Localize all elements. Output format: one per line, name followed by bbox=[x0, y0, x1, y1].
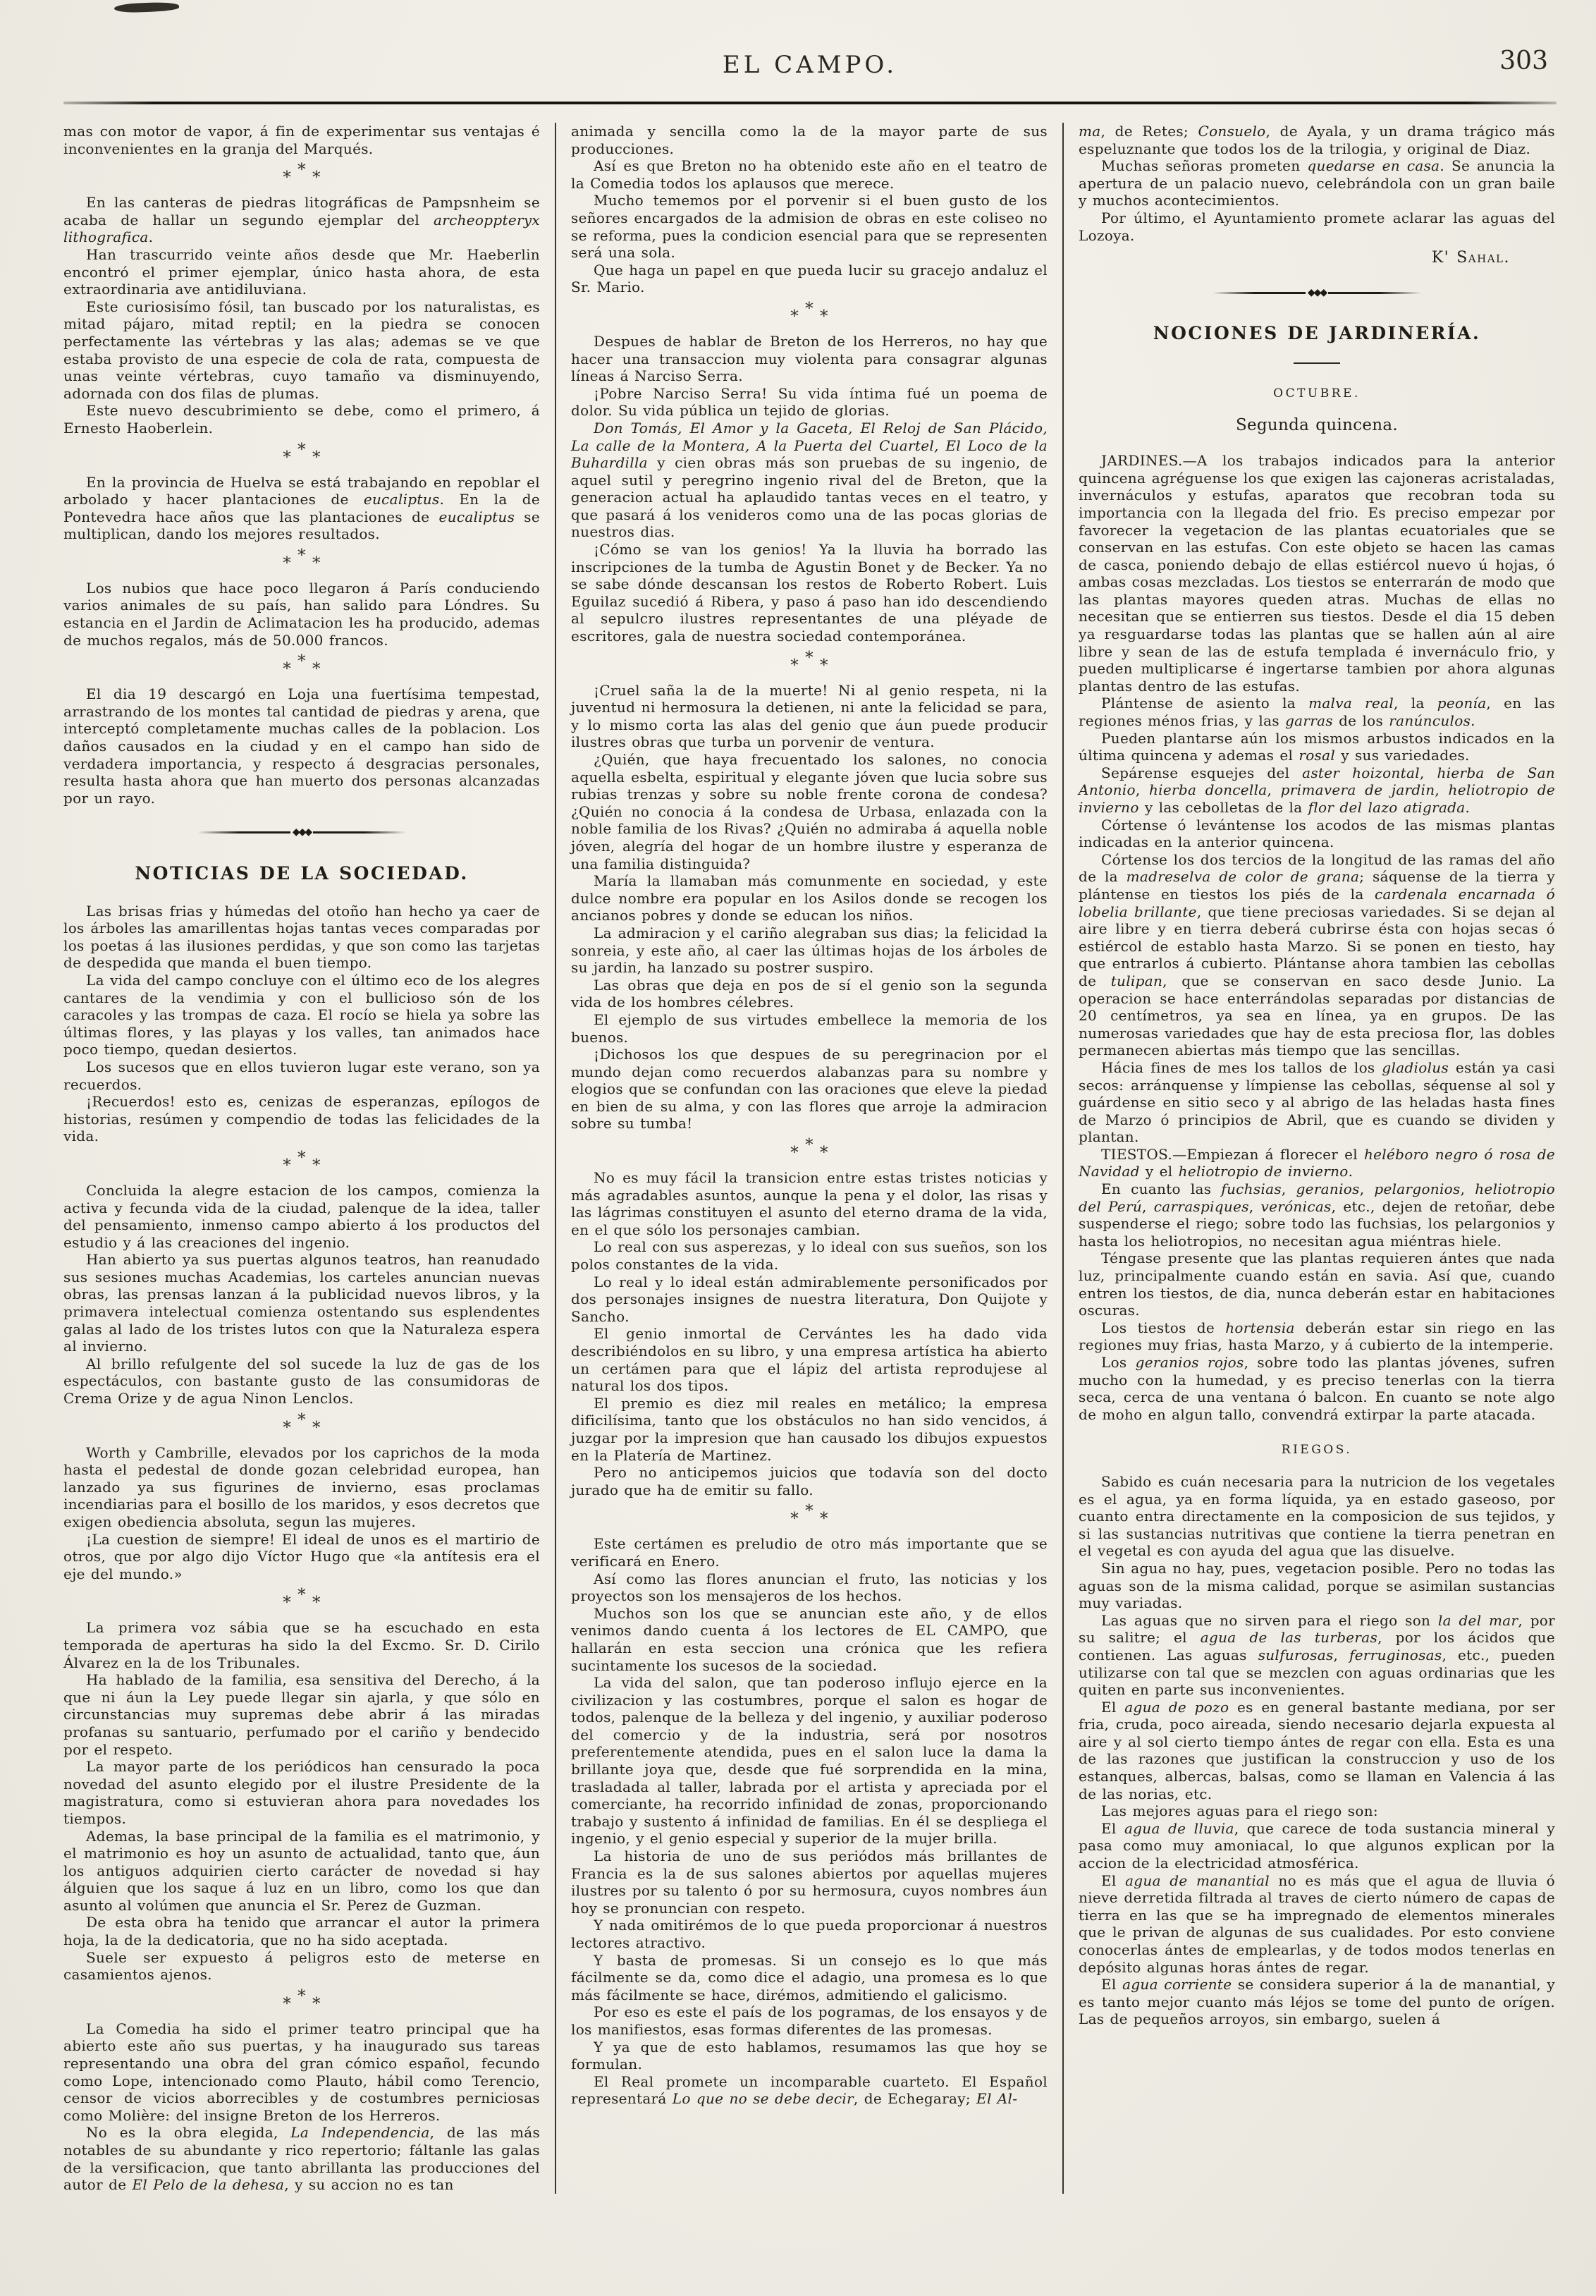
paragraph: Este nuevo descubrimiento se debe, como … bbox=[63, 402, 540, 436]
page-number: 303 bbox=[1499, 47, 1548, 75]
header-rule bbox=[63, 102, 1557, 104]
paragraph: Sin agua no hay, pues, vegetacion posibl… bbox=[1079, 1560, 1555, 1612]
asterisk-glyph: * bbox=[790, 662, 799, 670]
asterisk-glyph: * bbox=[283, 1599, 291, 1607]
paragraph: La primera voz sábia que se ha escuchado… bbox=[63, 1619, 540, 1671]
paragraph: No es muy fácil la transicion entre esta… bbox=[571, 1169, 1048, 1238]
paragraph: Lo real y lo ideal están admirablemente … bbox=[571, 1274, 1048, 1326]
ornament-line bbox=[313, 831, 406, 833]
asterisk-glyph: * bbox=[312, 666, 321, 673]
asterisk-glyph: * bbox=[63, 166, 540, 174]
asterism-divider: *** bbox=[63, 1154, 540, 1170]
asterisk-glyph: * bbox=[283, 1162, 291, 1170]
asterism-divider: *** bbox=[63, 1417, 540, 1432]
paragraph: ¿Quién, que haya frecuentado los salones… bbox=[571, 751, 1048, 872]
paragraph: ¡Cómo se van los genios! Ya la lluvia ha… bbox=[571, 541, 1048, 645]
paragraph: Muchos son los que se anuncian este año,… bbox=[571, 1605, 1048, 1674]
asterisk-glyph: * bbox=[283, 454, 291, 462]
paragraph: María la llamaban más comunmente en soci… bbox=[571, 872, 1048, 924]
section-label: OCTUBRE. bbox=[1079, 385, 1555, 403]
asterisk-glyph: * bbox=[571, 1142, 1048, 1149]
paragraph: Las mejores aguas para el riego son: bbox=[1079, 1802, 1555, 1820]
paragraph: Este certámen es preludio de otro más im… bbox=[571, 1535, 1048, 1570]
paragraph: Plántense de asiento la malva real, la p… bbox=[1079, 695, 1555, 729]
asterisk-glyph: * bbox=[312, 1424, 321, 1432]
paragraph: Por eso es este el país de los pogramas,… bbox=[571, 2003, 1048, 2038]
paragraph: Córtense ó levántense los acodos de las … bbox=[1079, 817, 1555, 851]
diamond-ornament-icon: ◆◆◆ bbox=[293, 824, 311, 841]
paragraph: Han trascurrido veinte años desde que Mr… bbox=[63, 246, 540, 298]
column-separator bbox=[1062, 123, 1064, 2194]
ornament-line bbox=[1328, 292, 1421, 294]
paragraph: En la provincia de Huelva se está trabaj… bbox=[63, 474, 540, 543]
column-separator bbox=[555, 123, 556, 2194]
asterisk-glyph: * bbox=[820, 1515, 828, 1523]
paragraph: Concluida la alegre estacion de los camp… bbox=[63, 1182, 540, 1251]
asterism-divider: *** bbox=[63, 552, 540, 568]
paragraph: Así es que Breton no ha obtenido este añ… bbox=[571, 157, 1048, 192]
section-label: RIEGOS. bbox=[1079, 1441, 1555, 1459]
ornament-line bbox=[197, 831, 290, 833]
paragraph: Muchas señoras prometen quedarse en casa… bbox=[1079, 157, 1555, 209]
column-3: ma, de Retes; Consuelo, de Ayala, y un d… bbox=[1079, 123, 1555, 2194]
section-rule bbox=[1294, 362, 1340, 364]
paragraph: ¡Dichosos los que despues de su peregrin… bbox=[571, 1046, 1048, 1132]
paragraph: Las brisas frias y húmedas del otoño han… bbox=[63, 903, 540, 972]
asterisk-glyph: * bbox=[790, 1149, 799, 1157]
paragraph: En cuanto las fuchsias, geranios, pelarg… bbox=[1079, 1180, 1555, 1250]
article-heading: NOTICIAS DE LA SOCIEDAD. bbox=[63, 865, 540, 883]
paragraph: Córtense los dos tercios de la longitud … bbox=[1079, 851, 1555, 1059]
paragraph: JARDINES.—A los trabajos indicados para … bbox=[1079, 452, 1555, 695]
paragraph: Este curiosisímo fósil, tan buscado por … bbox=[63, 298, 540, 403]
newspaper-page: EL CAMPO. 303 mas con motor de vapor, á … bbox=[0, 0, 1596, 2296]
column-2: animada y sencilla como la de la mayor p… bbox=[571, 123, 1048, 2194]
paragraph: Despues de hablar de Breton de los Herre… bbox=[571, 333, 1048, 385]
asterisk-glyph: * bbox=[312, 2001, 321, 2008]
paragraph: Los geranios rojos, sobre todo las plant… bbox=[1079, 1354, 1555, 1423]
asterisk-glyph: * bbox=[571, 305, 1048, 313]
asterisk-glyph: * bbox=[820, 662, 828, 670]
asterism-divider: *** bbox=[63, 1993, 540, 2008]
asterisk-glyph: * bbox=[820, 313, 828, 321]
paragraph: El premio es diez mil reales en metálico… bbox=[571, 1395, 1048, 1464]
paragraph: El dia 19 descargó en Loja una fuertísim… bbox=[63, 685, 540, 807]
paragraph: Han abierto ya sus puertas algunos teatr… bbox=[63, 1251, 540, 1355]
asterisk-glyph: * bbox=[312, 1599, 321, 1607]
paragraph: ¡Recuerdos! esto es, cenizas de esperanz… bbox=[63, 1093, 540, 1145]
asterism-divider: *** bbox=[63, 1592, 540, 1607]
paragraph: Hácia fines de mes los tallos de los gla… bbox=[1079, 1059, 1555, 1146]
paragraph: Pueden plantarse aún los mismos arbustos… bbox=[1079, 730, 1555, 764]
paragraph: Así como las flores anuncian el fruto, l… bbox=[571, 1570, 1048, 1605]
paragraph: Al brillo refulgente del sol sucede la l… bbox=[63, 1355, 540, 1407]
asterisk-glyph: * bbox=[790, 313, 799, 321]
scan-artifact bbox=[114, 1, 179, 13]
ornament-line bbox=[1213, 292, 1306, 294]
asterisk-glyph: * bbox=[820, 1149, 828, 1157]
asterisk-glyph: * bbox=[63, 446, 540, 454]
column-1: mas con motor de vapor, á fin de experim… bbox=[63, 123, 540, 2194]
paragraph: La Comedia ha sido el primer teatro prin… bbox=[63, 2020, 540, 2125]
asterism-divider: *** bbox=[571, 1508, 1048, 1523]
asterism-divider: *** bbox=[63, 166, 540, 182]
page-header: EL CAMPO. 303 bbox=[63, 51, 1557, 85]
asterism-divider: *** bbox=[571, 654, 1048, 670]
asterism-divider: *** bbox=[63, 446, 540, 462]
paragraph: Y nada omitirémos de lo que pueda propor… bbox=[571, 1917, 1048, 1951]
asterism-divider: *** bbox=[571, 305, 1048, 321]
asterisk-glyph: * bbox=[283, 666, 291, 673]
asterisk-glyph: * bbox=[312, 454, 321, 462]
paragraph: Que haga un papel en que pueda lucir su … bbox=[571, 262, 1048, 296]
asterisk-glyph: * bbox=[283, 2001, 291, 2008]
paragraph: El agua de lluvia, que carece de toda su… bbox=[1079, 1820, 1555, 1872]
paragraph: ¡Pobre Narciso Serra! Su vida íntima fué… bbox=[571, 385, 1048, 420]
paragraph: El agua de pozo es en general bastante m… bbox=[1079, 1699, 1555, 1803]
paragraph: mas con motor de vapor, á fin de experim… bbox=[63, 123, 540, 157]
paragraph: Los tiestos de hortensia deberán estar s… bbox=[1079, 1319, 1555, 1354]
masthead-title: EL CAMPO. bbox=[723, 51, 897, 79]
asterisk-glyph: * bbox=[63, 658, 540, 666]
asterisk-glyph: * bbox=[63, 1592, 540, 1599]
asterisk-glyph: * bbox=[283, 174, 291, 182]
paragraph: ma, de Retes; Consuelo, de Ayala, y un d… bbox=[1079, 123, 1555, 157]
asterisk-glyph: * bbox=[312, 560, 321, 568]
paragraph: Las aguas que no sirven para el riego so… bbox=[1079, 1612, 1555, 1699]
paragraph: La mayor parte de los periódicos han cen… bbox=[63, 1758, 540, 1827]
paragraph: Mucho tememos por el porvenir si el buen… bbox=[571, 192, 1048, 261]
paragraph: Don Tomás, El Amor y la Gaceta, El Reloj… bbox=[571, 420, 1048, 541]
paragraph: Pero no anticipemos juicios que todavía … bbox=[571, 1464, 1048, 1498]
asterisk-glyph: * bbox=[63, 1993, 540, 2001]
asterisk-glyph: * bbox=[571, 654, 1048, 662]
asterisk-glyph: * bbox=[312, 1162, 321, 1170]
paragraph: Ha hablado de la familia, esa sensitiva … bbox=[63, 1671, 540, 1758]
asterisk-glyph: * bbox=[63, 1417, 540, 1424]
paragraph: Téngase presente que las plantas requier… bbox=[1079, 1250, 1555, 1319]
diamond-ornament-icon: ◆◆◆ bbox=[1308, 284, 1326, 302]
subsection-heading: Segunda quincena. bbox=[1079, 417, 1555, 434]
asterisk-glyph: * bbox=[312, 174, 321, 182]
paragraph: El agua corriente se considera superior … bbox=[1079, 1976, 1555, 2028]
paragraph: El agua de manantial no es más que el ag… bbox=[1079, 1872, 1555, 1977]
article-heading: NOCIONES DE JARDINERÍA. bbox=[1079, 325, 1555, 343]
paragraph: Suele ser expuesto á peligros esto de me… bbox=[63, 1949, 540, 1984]
paragraph: Lo real con sus asperezas, y lo ideal co… bbox=[571, 1238, 1048, 1273]
paragraph: El ejemplo de sus virtudes embellece la … bbox=[571, 1011, 1048, 1046]
paragraph: Los nubios que hace poco llegaron á Parí… bbox=[63, 580, 540, 649]
asterisk-glyph: * bbox=[790, 1515, 799, 1523]
asterism-divider: *** bbox=[571, 1142, 1048, 1157]
asterism-divider: *** bbox=[63, 658, 540, 673]
paragraph: La vida del campo concluye con el último… bbox=[63, 972, 540, 1058]
paragraph: Los sucesos que en ellos tuvieron lugar … bbox=[63, 1058, 540, 1093]
paragraph: De esta obra ha tenido que arrancar el a… bbox=[63, 1914, 540, 1948]
paragraph: Sepárense esquejes del aster hoizontal, … bbox=[1079, 764, 1555, 817]
ornament-divider: ◆◆◆ bbox=[63, 824, 540, 841]
paragraph: Worth y Cambrille, elevados por los capr… bbox=[63, 1444, 540, 1531]
asterisk-glyph: * bbox=[283, 1424, 291, 1432]
paragraph: Y basta de promesas. Si un consejo es lo… bbox=[571, 1952, 1048, 2004]
asterisk-glyph: * bbox=[571, 1508, 1048, 1515]
paragraph: No es la obra elegida, La Independencia,… bbox=[63, 2124, 540, 2193]
paragraph: Ademas, la base principal de la familia … bbox=[63, 1828, 540, 1915]
paragraph: La vida del salon, que tan poderoso infl… bbox=[571, 1674, 1048, 1848]
signature: K' Sahal. bbox=[1079, 250, 1555, 267]
paragraph: Las obras que deja en pos de sí el genio… bbox=[571, 977, 1048, 1011]
paragraph: Y ya que de esto hablamos, resumamos las… bbox=[571, 2039, 1048, 2073]
ornament-divider: ◆◆◆ bbox=[1079, 284, 1555, 302]
paragraph: Por último, el Ayuntamiento promete acla… bbox=[1079, 209, 1555, 244]
paragraph: La admiracion y el cariño alegraban sus … bbox=[571, 924, 1048, 977]
asterisk-glyph: * bbox=[63, 1154, 540, 1162]
paragraph: TIESTOS.—Empiezan á florecer el heléboro… bbox=[1079, 1146, 1555, 1180]
paragraph: La historia de uno de sus periódos más b… bbox=[571, 1848, 1048, 1917]
columns-container: mas con motor de vapor, á fin de experim… bbox=[63, 123, 1557, 2194]
paragraph: El Real promete un incomparable cuarteto… bbox=[571, 2073, 1048, 2108]
asterisk-glyph: * bbox=[63, 552, 540, 560]
paragraph: En las canteras de piedras litográficas … bbox=[63, 194, 540, 246]
paragraph: ¡Cruel saña la de la muerte! Ni al genio… bbox=[571, 682, 1048, 751]
paragraph: ¡La cuestion de siempre! El ideal de uno… bbox=[63, 1531, 540, 1583]
asterisk-glyph: * bbox=[283, 560, 291, 568]
paragraph: Sabido es cuán necesaria para la nutrici… bbox=[1079, 1473, 1555, 1560]
paragraph: El genio inmortal de Cervántes les ha da… bbox=[571, 1325, 1048, 1394]
paragraph: animada y sencilla como la de la mayor p… bbox=[571, 123, 1048, 157]
